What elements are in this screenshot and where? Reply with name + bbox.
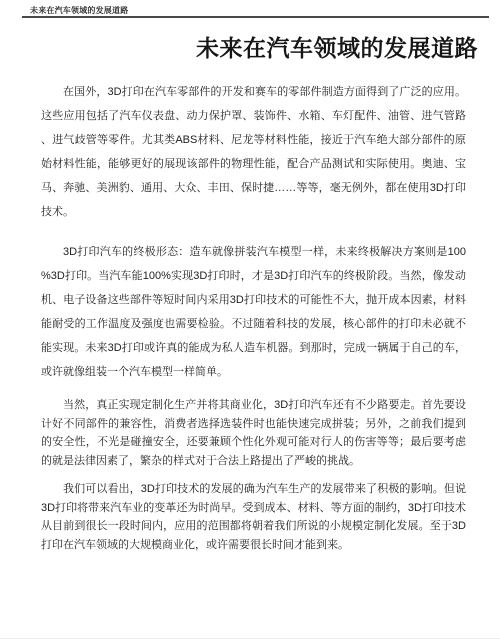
- body-paragraph-1: 在国外，3D打印在汽车零部件的开发和赛车的零部件制造方面得到了广泛的应用。这些应…: [41, 80, 466, 224]
- body-paragraph-4: 我们可以看出，3D打印技术的发展的确为汽车生产的发展带来了积极的影响。但说3D打…: [41, 480, 466, 554]
- body-paragraph-3: 当然，真正实现定制化生产并将其商业化，3D打印汽车还有不少路要走。首先要设计好不…: [41, 396, 466, 470]
- document-page: 未来在汽车领域的发展道路 未来在汽车领域的发展道路 在国外，3D打印在汽车零部件…: [0, 0, 500, 639]
- document-body: 在国外，3D打印在汽车零部件的开发和赛车的零部件制造方面得到了广泛的应用。这些应…: [41, 80, 466, 554]
- header-rule: [22, 16, 489, 18]
- running-header: 未来在汽车领域的发展道路: [30, 5, 128, 16]
- body-paragraph-2: 3D打印汽车的终极形态：造车就像拼装汽车模型一样，未来终极解决方案则是100%3…: [41, 240, 466, 384]
- document-title: 未来在汽车领域的发展道路: [22, 30, 478, 63]
